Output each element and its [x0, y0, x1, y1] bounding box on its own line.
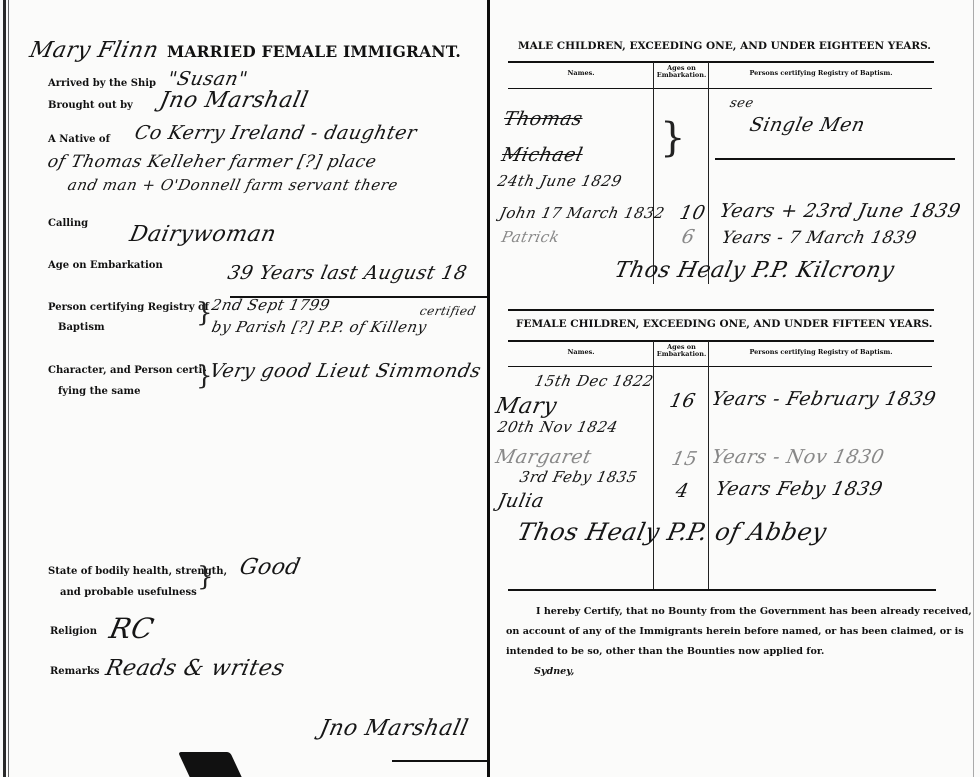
certification-text: I hereby Certify, that no Bounty from th…: [506, 600, 972, 683]
female-row-name: 3rd Feby 1835: [518, 468, 639, 486]
column-divider: [653, 62, 654, 284]
field-label-baptism-line1: Person certifying Registry of: [48, 302, 209, 313]
female-row-certifier: Years Feby 1839: [714, 478, 885, 500]
female-row-name: Julia: [496, 490, 547, 512]
female-certifier-signature: Thos Healy P.P. of Abbey: [515, 518, 829, 546]
male-row-name: John 17 March 1832: [498, 204, 666, 222]
field-value-baptism-line1: 2nd Sept 1799: [210, 296, 332, 314]
name-annotation: Mary Flinn: [27, 38, 161, 63]
certification-place: Sydney,: [506, 660, 972, 683]
male-row-certifier: Years - 7 March 1839: [720, 228, 919, 248]
field-label-religion: Religion: [50, 626, 97, 637]
male-row-certifier: Years + 23rd June 1839: [718, 200, 963, 222]
male-row-name: Michael: [500, 144, 585, 166]
male-row-age: 10: [678, 202, 708, 224]
female-row-certifier: Years - Nov 1830: [710, 446, 887, 468]
col-header-ages: Ages on Embarkation.: [655, 344, 708, 358]
page-edge: [3, 0, 6, 777]
male-row-name: 24th June 1829: [496, 172, 624, 190]
female-row-age: 16: [668, 390, 698, 412]
female-row-age: 4: [674, 480, 691, 502]
male-row-certifier-note: see: [728, 96, 755, 111]
field-value-brought-out-by: Jno Marshall: [157, 88, 310, 113]
field-value-religion: RC: [106, 612, 157, 645]
divider: [715, 158, 955, 160]
field-value-remarks: Reads & writes: [103, 656, 287, 681]
field-value-baptism-line2: by Parish [?] P.P. of Killeny: [210, 318, 429, 336]
field-label-character-line2: fying the same: [58, 386, 140, 397]
column-divider: [708, 62, 709, 284]
col-header-persons-certifying: Persons certifying Registry of Baptism.: [710, 70, 932, 77]
male-section-title: MALE CHILDREN, EXCEEDING ONE, AND UNDER …: [518, 40, 931, 52]
field-value-age: 39 Years last August 18: [226, 262, 470, 284]
divider: [508, 88, 932, 89]
female-row-certifier: Years - February 1839: [710, 388, 938, 410]
male-row-name: Thomas: [502, 108, 585, 130]
field-value-native-of: Co Kerry Ireland - daughter: [133, 122, 419, 144]
divider: [508, 340, 934, 342]
divider: [508, 366, 932, 367]
left-page: Mary Flinn MARRIED FEMALE IMMIGRANT. Arr…: [0, 0, 490, 777]
field-label-ship: Arrived by the Ship: [48, 78, 156, 89]
divider: [508, 61, 934, 63]
page-title: MARRIED FEMALE IMMIGRANT.: [167, 42, 461, 61]
field-label-remarks: Remarks: [50, 666, 100, 677]
field-label-baptism-line2: Baptism: [58, 322, 105, 333]
female-row-name: Mary: [493, 394, 559, 419]
col-header-ages: Ages on Embarkation.: [655, 65, 708, 79]
divider: [508, 309, 934, 311]
brace-icon: }: [197, 564, 214, 590]
right-page: MALE CHILDREN, EXCEEDING ONE, AND UNDER …: [490, 0, 980, 777]
field-value-ship: "Susan": [166, 68, 250, 90]
female-row-name: 20th Nov 1824: [496, 418, 619, 436]
signature-line: [392, 760, 487, 762]
field-label-character-line1: Character, and Person certi-: [48, 365, 206, 376]
female-row-name: Margaret: [494, 446, 594, 468]
field-value-native-of-line2: of Thomas Kelleher farmer [?] place: [46, 152, 378, 172]
male-certifier-signature: Thos Healy P.P. Kilcrony: [612, 258, 896, 283]
male-row-certifier: Single Men: [748, 114, 867, 136]
field-label-age: Age on Embarkation: [48, 260, 163, 271]
ink-blot: [178, 752, 244, 777]
page-edge: [973, 0, 974, 777]
field-label-native-of: A Native of: [48, 134, 110, 145]
male-row-age: 6: [680, 226, 697, 248]
col-header-persons-certifying: Persons certifying Registry of Baptism.: [710, 349, 932, 356]
col-header-names: Names.: [508, 349, 654, 356]
male-row-name: Patrick: [500, 228, 561, 246]
brace-icon: }: [660, 118, 685, 158]
field-label-calling: Calling: [48, 218, 88, 229]
field-value-health: Good: [237, 555, 302, 580]
column-divider: [708, 341, 709, 589]
field-value-character: Very good Lieut Simmonds: [208, 360, 484, 382]
field-label-brought-out-by: Brought out by: [48, 100, 133, 111]
female-row-age: 15: [670, 448, 700, 470]
female-row-name: 15th Dec 1822: [533, 372, 655, 390]
page-edge: [8, 0, 9, 777]
field-label-health-line2: and probable usefulness: [60, 587, 197, 598]
field-value-calling: Dairywoman: [127, 222, 278, 247]
signature: Jno Marshall: [317, 716, 470, 741]
field-value-native-of-line3: and man + O'Donnell farm servant there: [66, 176, 400, 194]
field-value-baptism-note: certified: [419, 304, 478, 318]
divider: [508, 589, 936, 591]
col-header-names: Names.: [508, 70, 654, 77]
female-section-title: FEMALE CHILDREN, EXCEEDING ONE, AND UNDE…: [516, 318, 932, 330]
